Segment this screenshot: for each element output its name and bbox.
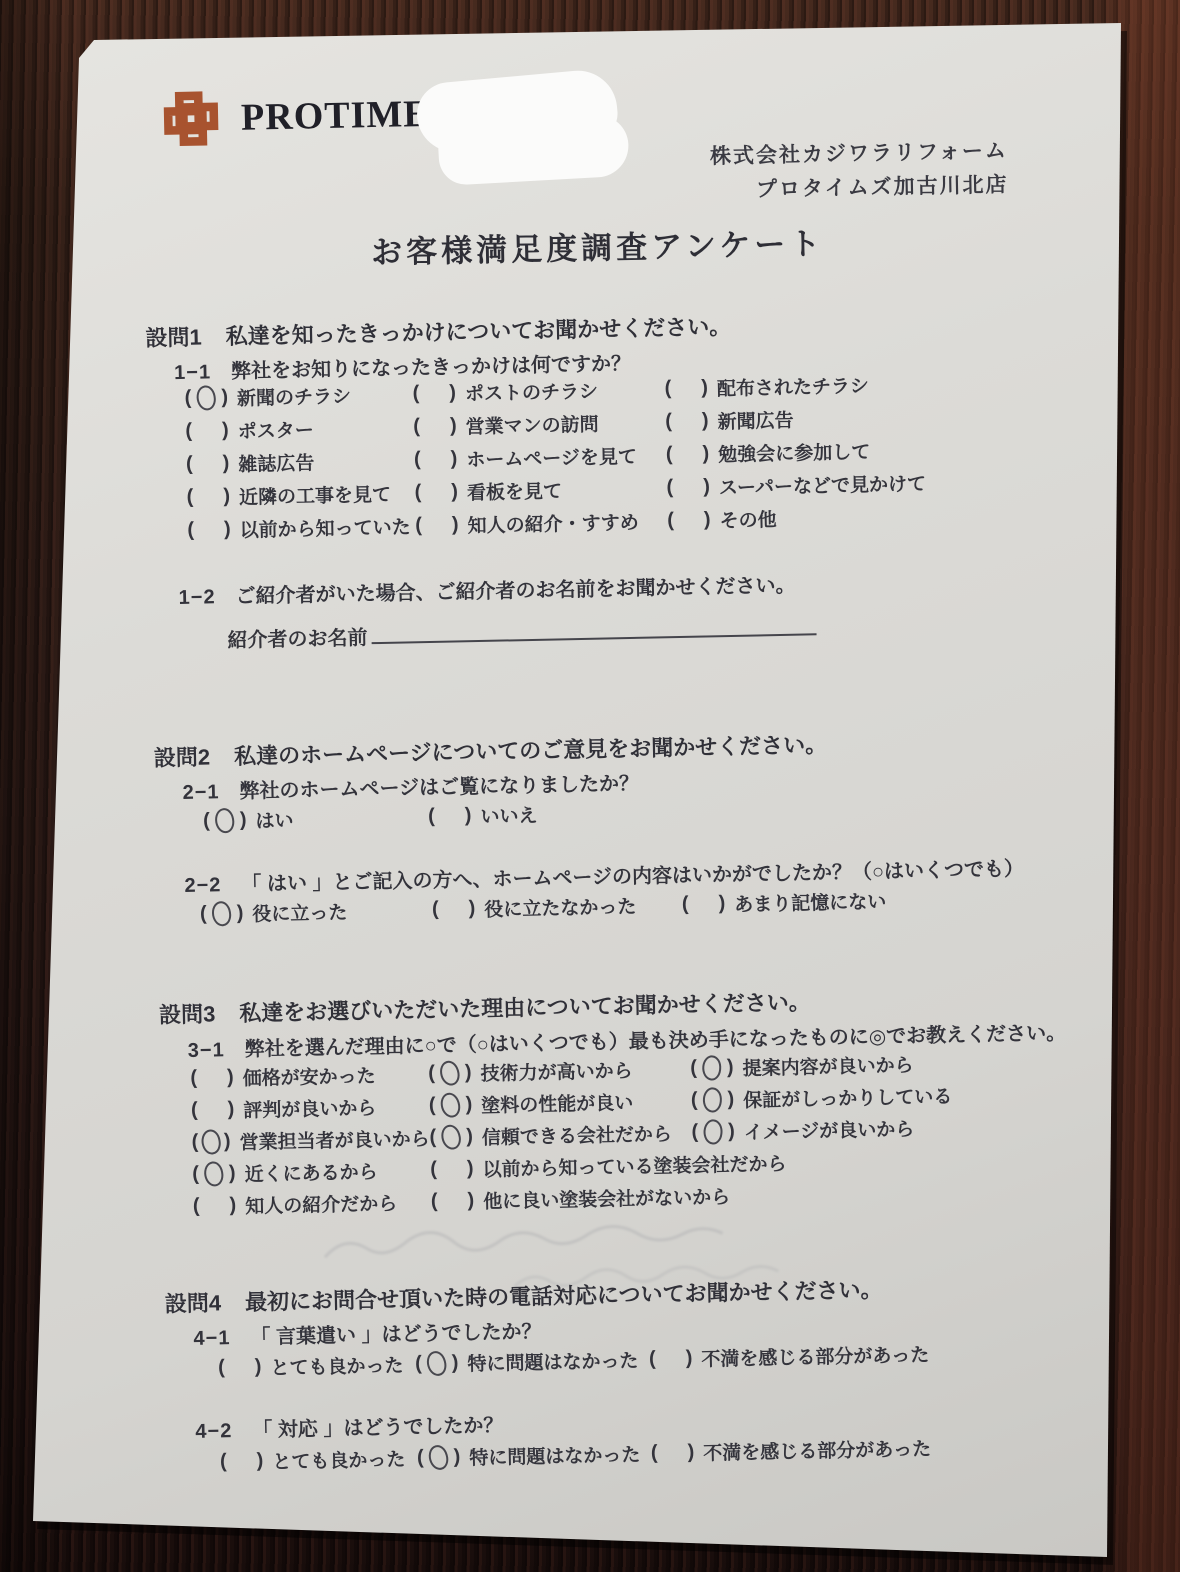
option-item: ()提案内容が良いから [690,1050,952,1081]
answer-paren-close: ) [224,1130,231,1153]
option-item: ()技術力が高いから [428,1055,690,1086]
answer-paren-close: ) [467,1189,474,1212]
section4-heading: 設問4最初にお問合せ頂いた時の電話対応についてお聞かせください。 [165,1273,883,1318]
answer-paren-open: ( [667,509,674,532]
option-label: 特に問題はなかった [469,1439,641,1469]
answer-slot [191,385,221,411]
answer-paren-open: ( [432,897,439,920]
handwritten-circle-mark [437,1058,462,1087]
answer-paren-close: ) [221,386,228,409]
answer-paren-open: ( [682,892,689,915]
option-item: ()他に良い塗装会社がないから [431,1178,955,1214]
answer-paren-close: ) [702,442,709,465]
answer-slot [423,1444,453,1470]
option-label: 知人の紹介・すすめ [467,507,639,537]
answer-slot [438,1200,468,1201]
option-label: 不満を感じる部分があった [703,1434,931,1466]
option-label: 配布されたチラシ [717,371,870,401]
answer-paren-open: ( [190,1066,197,1089]
answer-slot [697,1055,727,1081]
option-label: 他に良い塗装会社がないから [483,1182,731,1214]
handwritten-circle-mark [702,1118,723,1145]
option-label: 勉強会に参加して [718,437,871,467]
answer-paren-open: ( [664,377,671,400]
option-item: ()評判が良いから [191,1092,429,1123]
option-item: ()近くにあるから [192,1156,430,1187]
question-2-1-options: ()はい()いいえ [203,801,538,834]
answer-paren-close: ) [465,1061,472,1084]
option-item: ()はい [203,803,428,834]
answer-slot [421,492,451,493]
answer-paren-open: ( [218,1356,225,1379]
handwritten-circle-mark [200,1128,223,1156]
survey-content: PROTIMES 株式会社カジワラリフォーム プロタイムズ加古川北店 お客様満足… [65,6,1151,1537]
option-label: 保証がしっかりしている [743,1081,953,1112]
option-label: あまり記憶にない [734,886,887,916]
answer-paren-open: ( [187,518,194,541]
answer-slot [210,807,240,833]
option-item: ()その他 [667,502,927,533]
answer-paren-close: ) [256,1449,263,1472]
answer-paren-close: ) [467,1157,474,1180]
option-item: ()営業マンの訪問 [413,408,665,439]
answer-slot [206,900,236,926]
answer-paren-close: ) [452,1351,459,1374]
option-item: ()以前から知っていた [187,512,415,543]
answer-paren-open: ( [651,1441,658,1464]
answer-slot [435,1060,465,1086]
question-1-2: 1−2ご紹介者がいた場合、ご紹介者のお名前をお聞かせください。 [178,569,795,610]
handwritten-circle-mark [439,1122,464,1151]
answer-slot [419,393,449,394]
answer-slot [697,1087,727,1113]
answer-paren-open: ( [186,452,193,475]
option-label: ポスター [237,415,314,444]
answer-slot [673,486,703,487]
answer-paren-close: ) [703,475,710,498]
answer-paren-open: ( [186,485,193,508]
answer-paren-close: ) [222,452,229,475]
answer-slot [194,529,224,530]
option-item: ()営業担当者が良いから [191,1124,429,1155]
option-item: ()とても良かった [220,1444,417,1474]
handwritten-circle-mark [426,1442,451,1471]
answer-slot [227,1461,257,1462]
option-label: 提案内容が良いから [742,1050,914,1080]
answer-paren-close: ) [466,1125,473,1148]
option-label: 雑誌広告 [238,448,315,477]
handwritten-circle-mark [424,1348,449,1377]
answer-paren-close: ) [718,892,725,915]
answer-slot [439,908,469,909]
survey-paper: PROTIMES 株式会社カジワラリフォーム プロタイムズ加古川北店 お客様満足… [0,0,1180,1572]
answer-paren-close: ) [453,1445,460,1468]
answer-slot [436,1124,466,1150]
answer-paren-close: ) [449,381,456,404]
answer-paren-close: ) [223,485,230,508]
answer-slot [656,1358,686,1359]
option-label: その他 [719,505,777,533]
answer-slot [437,1168,467,1169]
option-label: いいえ [480,800,538,828]
option-label: 営業担当者が良いから [239,1124,430,1155]
answer-paren-close: ) [222,419,229,442]
answer-paren-close: ) [236,901,243,924]
answer-paren-close: ) [465,1093,472,1116]
section1-heading: 設問1私達を知ったきっかけについてお聞かせください。 [145,310,731,353]
handwritten-circle-mark [210,899,233,927]
option-label: 技術力が高いから [480,1056,633,1086]
answer-slot [673,454,703,455]
answer-slot [671,388,701,389]
option-item: ()知人の紹介・すすめ [415,507,667,538]
answer-paren-open: ( [191,1098,198,1121]
option-label: 役に立たなかった [484,891,637,921]
store-name: プロタイムズ加古川北店 [710,168,1009,208]
answer-slot [198,1109,228,1110]
option-item: ()新聞のチラシ [184,380,412,411]
option-label: スーパーなどで見かけて [719,469,927,500]
answer-slot [199,1161,229,1187]
option-item: ()近隣の工事を見て [186,479,414,510]
option-label: 新聞広告 [717,405,794,434]
referrer-name-label: 紹介者のお名前 [227,627,367,652]
option-item: ()特に問題はなかった [417,1440,651,1471]
handwritten-circle-mark [702,1086,723,1113]
answer-slot [672,421,702,422]
option-item: ()信頼できる会社だから [429,1119,691,1150]
answer-paren-open: ( [428,804,435,827]
option-label: はい [255,805,294,833]
option-item: ()以前から知っている塗装会社だから [430,1146,954,1182]
answer-slot [197,1077,227,1078]
option-label: 近くにあるから [244,1157,378,1187]
answer-slot [200,1205,230,1206]
referrer-name-line [371,617,816,644]
answer-paren-close: ) [704,508,711,531]
option-item: ()不満を感じる部分があった [649,1340,930,1372]
answer-slot [422,525,452,526]
option-label: 知人の紹介だから [245,1188,398,1218]
answer-slot [435,815,465,816]
option-label: 新聞のチラシ [237,381,352,410]
option-label: ホームページを見て [466,441,637,471]
option-item: ()不満を感じる部分があった [651,1434,932,1466]
answer-slot [422,1350,452,1376]
answer-paren-close: ) [702,409,709,432]
option-label: 特に問題はなかった [467,1345,639,1375]
answer-paren-close: ) [227,1066,234,1089]
option-label: とても良かった [270,1350,404,1380]
answer-paren-close: ) [468,897,475,920]
answer-paren-open: ( [414,481,421,504]
option-item: ()新聞広告 [665,403,925,434]
option-item: ()知人の紹介だから [193,1188,431,1219]
answer-paren-open: ( [220,1450,227,1473]
answer-paren-close: ) [450,447,457,470]
handwritten-circle-mark [213,806,236,834]
question-4-1: 4−1「 言葉遣い 」はどうでしたか？ [193,1315,542,1351]
answer-paren-open: ( [193,1194,200,1217]
option-label: イメージが良いから [744,1114,915,1144]
answer-paren-open: ( [431,1189,438,1212]
option-item: ()とても良かった [218,1350,415,1380]
referrer-name-field: 紹介者のお名前 [227,612,816,653]
option-item: ()保証がしっかりしている [691,1082,953,1113]
answer-slot [420,426,450,427]
option-label: 以前から知っている塗装会社だから [482,1148,786,1181]
option-item: ()価格が安かった [190,1060,428,1091]
question-2-1: 2−1弊社のホームページはご覧になりましたか？ [182,767,639,805]
answer-paren-open: ( [415,514,422,537]
answer-paren-open: ( [185,419,192,442]
option-item: ()ポスター [185,413,413,444]
answer-paren-close: ) [701,376,708,399]
answer-paren-close: ) [728,1119,735,1142]
answer-paren-open: ( [414,448,421,471]
option-item: ()役に立たなかった [432,891,682,922]
answer-slot [421,459,451,460]
answer-slot [435,1092,465,1118]
option-label: 価格が安かった [242,1061,376,1091]
answer-paren-close: ) [727,1056,734,1079]
section2-heading: 設問2私達のホームページについてのご意見をお聞かせください。 [154,728,828,773]
answer-paren-open: ( [665,410,672,433]
survey-title: お客様満足度調査アンケート [69,212,1126,278]
option-item: ()雑誌広告 [186,446,414,477]
option-item: ()いいえ [428,801,538,829]
handwritten-circle-mark [195,383,218,411]
answer-paren-close: ) [255,1355,262,1378]
answer-slot [689,903,719,904]
option-item: ()看板を見て [414,474,666,505]
handwritten-circle-mark [438,1090,463,1119]
answer-slot [193,463,223,464]
question-1-1-options: ()新聞のチラシ()ポストのチラシ()配布されたチラシ()ポスター()営業マンの… [184,370,926,543]
answer-slot [225,1367,255,1368]
answer-paren-close: ) [451,480,458,503]
option-item: ()ホームページを見て [414,441,666,472]
answer-paren-close: ) [229,1162,236,1185]
option-label: 不満を感じる部分があった [701,1340,929,1372]
brand-row: PROTIMES [152,75,452,157]
option-item: ()役に立った [200,896,432,927]
answer-slot [698,1119,728,1145]
handwritten-circle-mark [202,1159,225,1187]
option-item: ()配布されたチラシ [664,370,924,401]
option-item: ()あまり記憶にない [682,887,887,917]
question-4-2: 4−2「 対応 」はどうでしたか？ [195,1409,504,1444]
option-label: とても良かった [272,1444,406,1474]
company-info: 株式会社カジワラリフォーム プロタイムズ加古川北店 [710,134,1009,208]
option-label: 近隣の工事を見て [239,479,392,509]
answer-slot [192,430,222,431]
option-item: ()ポストのチラシ [412,375,664,406]
option-item: ()スーパーなどで見かけて [666,469,926,500]
answer-slot [193,496,223,497]
answer-paren-close: ) [687,1440,694,1463]
answer-paren-close: ) [224,517,231,540]
option-label: 評判が良いから [243,1093,377,1123]
answer-paren-close: ) [229,1194,236,1217]
option-label: 看板を見て [467,476,563,505]
answer-paren-close: ) [452,513,459,536]
answer-paren-close: ) [685,1346,692,1369]
answer-paren-close: ) [465,804,472,827]
answer-slot [674,519,704,520]
option-label: 以前から知っていた [239,512,411,542]
option-label: ポストのチラシ [465,376,599,406]
question-3-1-options: ()価格が安かった()技術力が高いから()提案内容が良いから()評判が良いから(… [190,1050,954,1219]
protimes-logo-icon [152,80,230,158]
option-item: ()特に問題はなかった [415,1346,649,1377]
option-item: ()勉強会に参加して [666,436,926,467]
answer-paren-open: ( [666,476,673,499]
option-label: 営業マンの訪問 [465,409,599,439]
answer-paren-close: ) [727,1088,734,1111]
option-item: ()イメージが良いから [691,1114,953,1145]
option-item: ()塗料の性能が良い [429,1087,691,1118]
answer-paren-close: ) [240,808,247,831]
answer-paren-close: ) [450,414,457,437]
answer-paren-open: ( [413,415,420,438]
answer-paren-close: ) [227,1098,234,1121]
option-label: 役に立った [252,897,348,926]
answer-slot [198,1129,224,1155]
option-label: 信頼できる会社だから [482,1119,673,1150]
answer-paren-open: ( [412,382,419,405]
answer-slot [658,1452,688,1453]
answer-paren-open: ( [430,1157,437,1180]
answer-paren-open: ( [666,443,673,466]
answer-paren-open: ( [649,1347,656,1370]
handwritten-circle-mark [701,1054,722,1081]
option-label: 塗料の性能が良い [481,1088,634,1118]
